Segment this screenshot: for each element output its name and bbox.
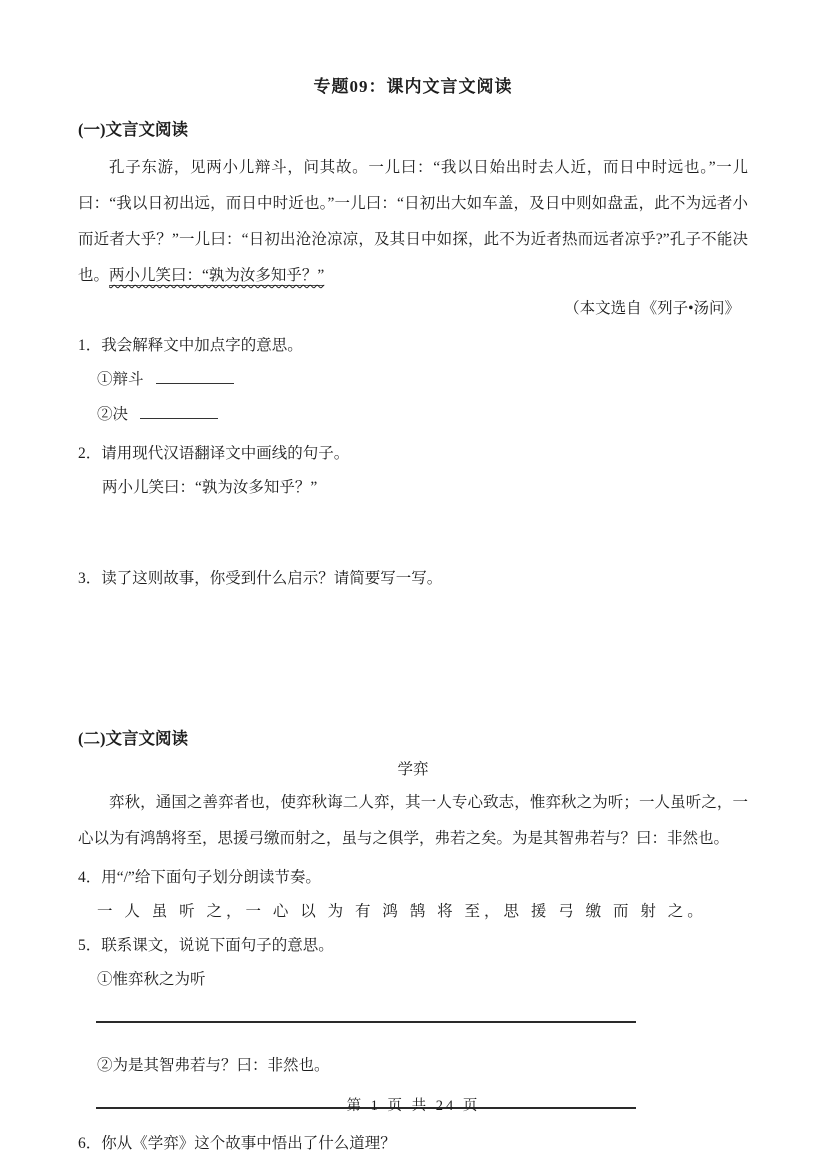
question-1-item-1: ①辩斗: [78, 362, 748, 397]
question-1-item-2-label: ②决: [97, 406, 128, 423]
passage-1-underlined-sentence: 两小儿笑曰：“孰为汝多知乎？”: [109, 267, 324, 286]
question-6: 6．你从《学弈》这个故事中悟出了什么道理？: [78, 1127, 748, 1161]
passage-2-title: 学弈: [78, 755, 748, 785]
answer-blank-2: [140, 402, 218, 419]
passage-1: 孔子东游，见两小儿辩斗，问其故。一儿曰：“我以日始出时去人近，而日中时远也。”一…: [78, 150, 748, 294]
answer-line-1: [96, 1021, 636, 1023]
question-1-item-1-label: ①辩斗: [97, 371, 144, 388]
question-2: 2．请用现代汉语翻译文中画线的句子。: [78, 438, 748, 470]
document-page: 专题09：课内文言文阅读 (一)文言文阅读 孔子东游，见两小儿辩斗，问其故。一儿…: [0, 0, 827, 1169]
question-1: 1．我会解释文中加点字的意思。: [78, 330, 748, 362]
passage-1-source: （本文选自《列子•汤问》: [78, 294, 748, 324]
passage-2: 弈秋，通国之善弈者也，使弈秋诲二人弈，其一人专心致志，惟弈秋之为听；一人虽听之，…: [78, 785, 748, 857]
question-4: 4．用“/”给下面句子划分朗读节奏。: [78, 861, 748, 895]
question-5-item-1: ①惟弈秋之为听: [78, 963, 748, 997]
answer-blank-1: [156, 367, 234, 384]
passage-1-main-text: 孔子东游，见两小儿辩斗，问其故。一儿曰：“我以日始出时去人近，而日中时远也。”一…: [78, 159, 748, 284]
page-title: 专题09：课内文言文阅读: [78, 76, 748, 98]
section1-heading: (一)文言文阅读: [78, 118, 748, 142]
page-number-footer: 第 1 页 共 24 页: [0, 1094, 827, 1115]
question-1-item-2: ②决: [78, 397, 748, 432]
question-5-item-2: ②为是其智弗若与？曰：非然也。: [78, 1049, 748, 1083]
question-4-sentence: 一 人 虽 听 之，一 心 以 为 有 鸿 鹄 将 至，思 援 弓 缴 而 射 …: [78, 895, 748, 929]
question-5: 5．联系课文，说说下面句子的意思。: [78, 929, 748, 963]
section2-heading: (二)文言文阅读: [78, 727, 748, 751]
page-content: 专题09：课内文言文阅读 (一)文言文阅读 孔子东游，见两小儿辩斗，问其故。一儿…: [0, 76, 827, 1161]
question-3: 3．读了这则故事，你受到什么启示？请简要写一写。: [78, 563, 748, 595]
question-2-quote: 两小儿笑曰：“孰为汝多知乎？”: [78, 470, 748, 505]
